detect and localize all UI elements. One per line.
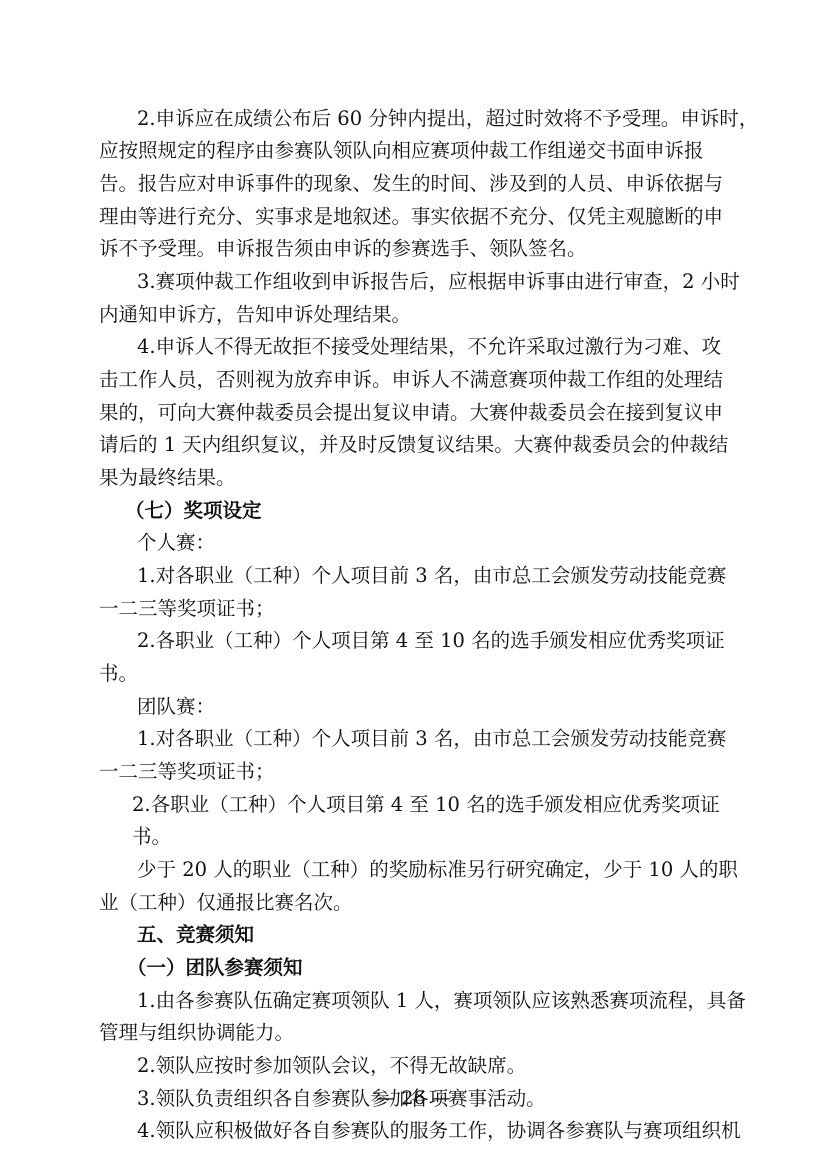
paragraph-line: 果为最终结果。: [99, 463, 236, 493]
paragraph-line: 书。: [99, 659, 138, 689]
paragraph-line: 1.对各职业（工种）个人项目前 3 名，由市总工会颁发劳动技能竞赛: [137, 724, 726, 754]
paragraph-line: 击工作人员，否则视为放弃申诉。申诉人不满意赛项仲裁工作组的处理结: [99, 365, 723, 395]
paragraph-line: 4.申诉人不得无故拒不接受处理结果，不允许采取过激行为刁难、攻: [137, 332, 721, 362]
paragraph-line: 2.领队应按时参加领队会议，不得无故缺席。: [137, 1051, 526, 1081]
paragraph-line: 一二三等奖项证书；: [99, 757, 275, 787]
paragraph-line: 个人赛：: [137, 528, 215, 558]
paragraph-line: 书。: [132, 822, 171, 852]
paragraph-line: 2.申诉应在成绩公布后 60 分钟内提出，超过时效将不予受理。申诉时，: [137, 104, 758, 134]
page-number: — 26 —: [0, 1084, 827, 1112]
paragraph-line: 请后的 1 天内组织复议，并及时反馈复议结果。大赛仲裁委员会的仲裁结: [99, 430, 728, 460]
paragraph-line: 果的，可向大赛仲裁委员会提出复议申请。大赛仲裁委员会在接到复议申: [99, 398, 723, 428]
paragraph-line: 4.领队应积极做好各自参赛队的服务工作，协调各参赛队与赛项组织机: [137, 1116, 741, 1146]
paragraph-line: 业（工种）仅通报比赛名次。: [99, 888, 353, 918]
paragraph-line: 理由等进行充分、实事求是地叙述。事实依据不充分、仅凭主观臆断的申: [99, 202, 723, 232]
paragraph-line: 诉不予受理。申诉报告须由申诉的参赛选手、领队签名。: [99, 234, 587, 264]
paragraph-line: 1.由各参赛队伍确定赛项领队 1 人，赛项领队应该熟悉赛项流程，具备: [137, 986, 746, 1016]
paragraph-line: 内通知申诉方，告知申诉处理结果。: [99, 300, 411, 330]
paragraph-line: 一二三等奖项证书；: [99, 594, 275, 624]
section-heading: （七）奖项设定: [125, 496, 262, 526]
section-heading: （一）团队参赛须知: [127, 953, 303, 983]
paragraph-line: 应按照规定的程序由参赛队领队向相应赛项仲裁工作组递交书面申诉报: [99, 136, 704, 166]
paragraph-line: 团队赛：: [137, 692, 215, 722]
paragraph-line: 告。报告应对申诉事件的现象、发生的时间、涉及到的人员、申诉依据与: [99, 169, 723, 199]
paragraph-line: 3.赛项仲裁工作组收到申诉报告后，应根据申诉事由进行审查，2 小时: [137, 267, 740, 297]
paragraph-line: 2.各职业（工种）个人项目第 4 至 10 名的选手颁发相应优秀奖项证: [137, 626, 725, 656]
section-heading: 五、竞赛须知: [137, 920, 254, 950]
paragraph-line: 2.各职业（工种）个人项目第 4 至 10 名的选手颁发相应优秀奖项证: [132, 790, 720, 820]
paragraph-line: 管理与组织协调能力。: [99, 1018, 294, 1048]
paragraph-line: 1.对各职业（工种）个人项目前 3 名，由市总工会颁发劳动技能竞赛: [137, 561, 726, 591]
paragraph-line: 少于 20 人的职业（工种）的奖励标准另行研究确定，少于 10 人的职: [137, 855, 738, 885]
